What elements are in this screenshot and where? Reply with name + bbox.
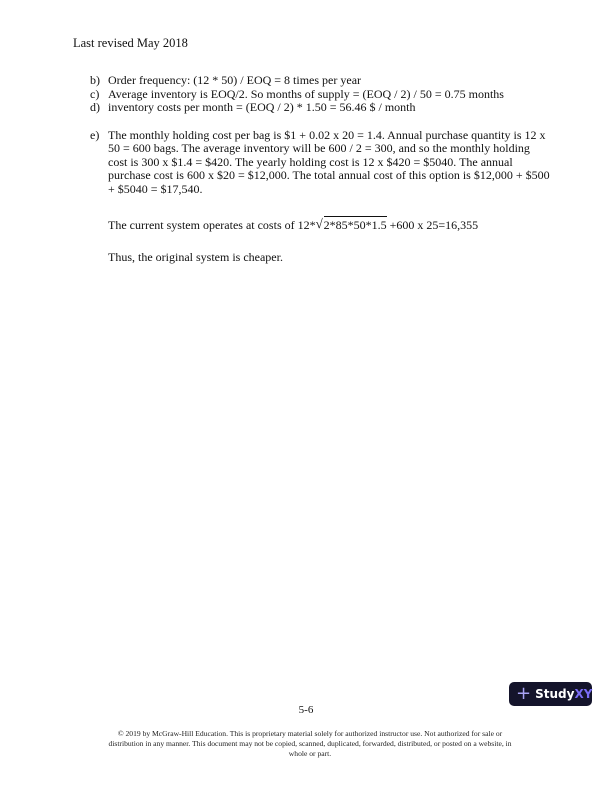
studyxy-badge[interactable]: + StudyXY bbox=[509, 682, 592, 706]
list-item: c) Average inventory is EOQ/2. So months… bbox=[90, 88, 550, 102]
item-text: inventory costs per month = (EOQ / 2) * … bbox=[108, 101, 550, 115]
item-label: d) bbox=[90, 101, 108, 115]
copyright-footer: © 2019 by McGraw-Hill Education. This is… bbox=[100, 729, 520, 759]
cost-suffix: +600 x 25=16,355 bbox=[387, 218, 479, 232]
conclusion: Thus, the original system is cheaper. bbox=[108, 250, 283, 265]
current-system-cost: The current system operates at costs of … bbox=[108, 218, 478, 233]
list-item: b) Order frequency: (12 * 50) / EOQ = 8 … bbox=[90, 74, 550, 88]
brand-accent: XY bbox=[574, 687, 592, 701]
list-item: d) inventory costs per month = (EOQ / 2)… bbox=[90, 101, 550, 115]
list-item: e) The monthly holding cost per bag is $… bbox=[90, 129, 550, 197]
radical-icon: √ bbox=[316, 216, 323, 232]
revision-note: Last revised May 2018 bbox=[73, 36, 188, 51]
item-label: b) bbox=[90, 74, 108, 88]
brand-main: Study bbox=[535, 687, 574, 701]
item-label: c) bbox=[90, 88, 108, 102]
cost-prefix: The current system operates at costs of … bbox=[108, 218, 316, 232]
item-text: Average inventory is EOQ/2. So months of… bbox=[108, 88, 550, 102]
answer-list: b) Order frequency: (12 * 50) / EOQ = 8 … bbox=[90, 74, 550, 196]
square-root: √2*85*50*1.5 bbox=[316, 218, 387, 233]
plus-icon: + bbox=[516, 685, 531, 703]
item-label: e) bbox=[90, 129, 108, 197]
item-text: Order frequency: (12 * 50) / EOQ = 8 tim… bbox=[108, 74, 550, 88]
radicand: 2*85*50*1.5 bbox=[324, 216, 387, 232]
item-text: The monthly holding cost per bag is $1 +… bbox=[108, 129, 550, 197]
